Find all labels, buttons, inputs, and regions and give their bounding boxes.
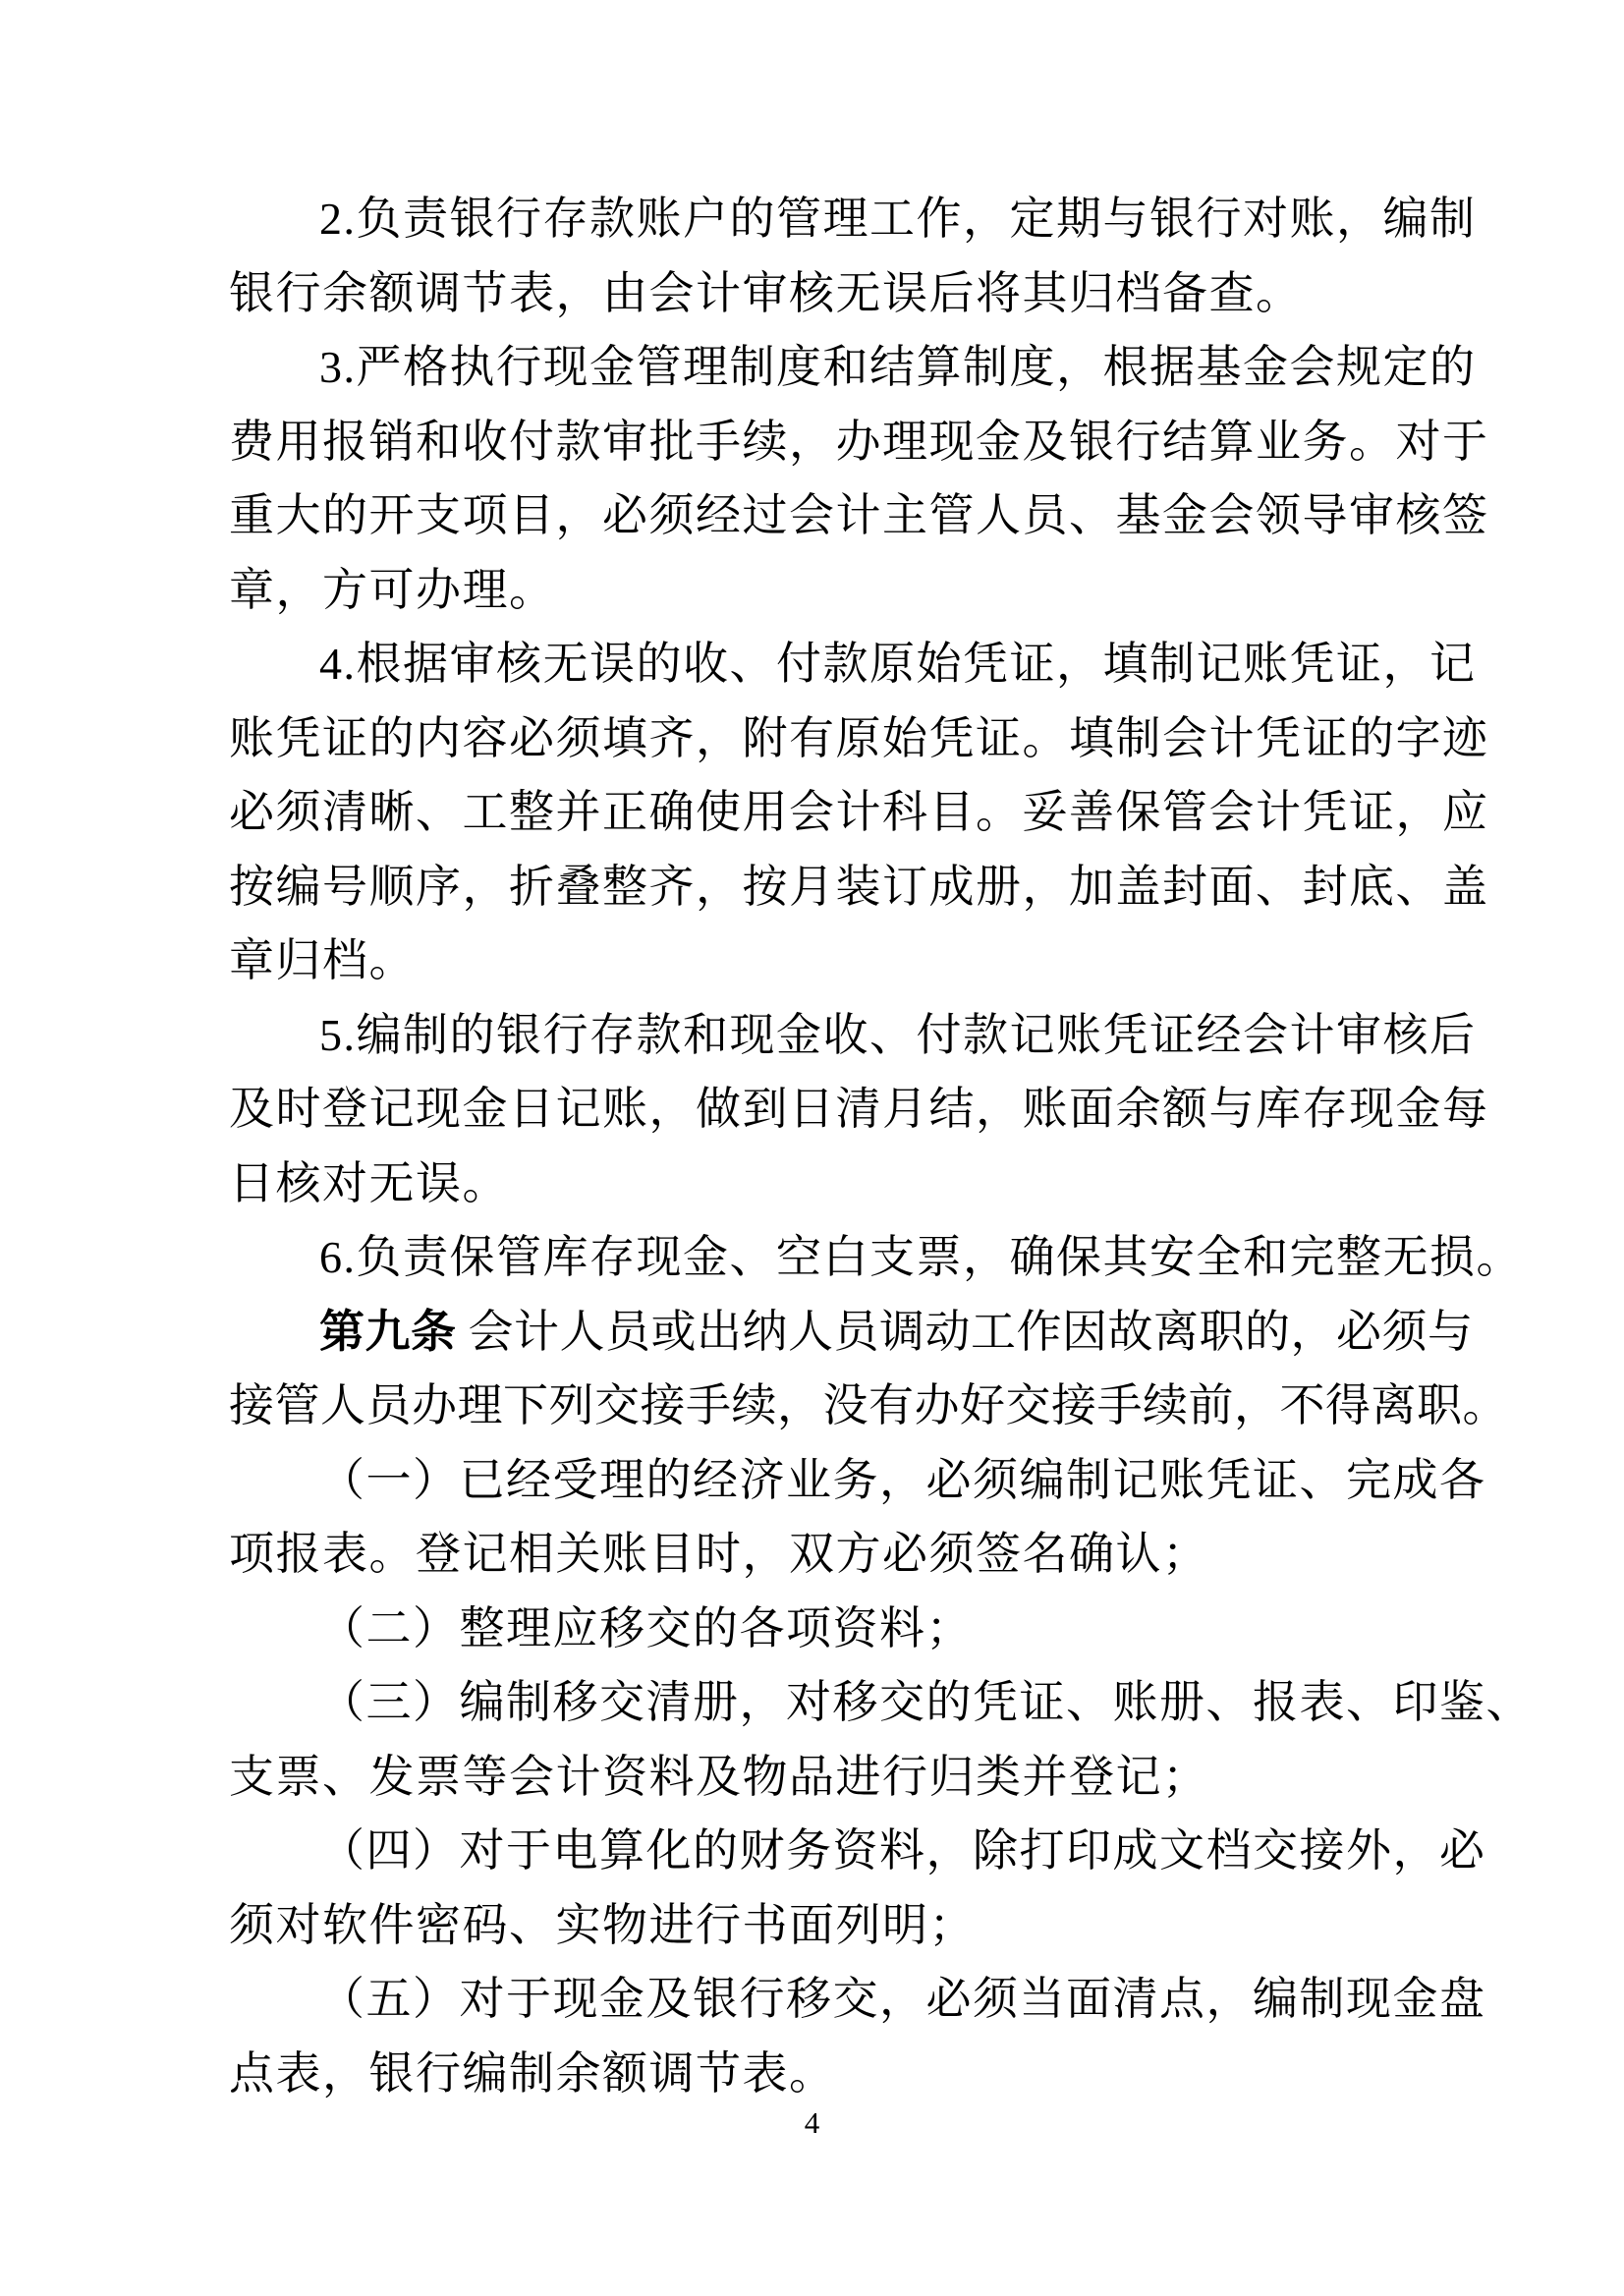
text-line: （一）已经受理的经济业务，必须编制记账凭证、完成各	[229, 1443, 1437, 1518]
text-line: （三）编制移交清册，对移交的凭证、账册、报表、印鉴、	[229, 1665, 1437, 1740]
text-line: 6.负责保管库存现金、空白支票，确保其安全和完整无损。	[229, 1220, 1437, 1295]
text-line: 2.负责银行存款账户的管理工作，定期与银行对账，编制	[229, 182, 1437, 256]
text-line: 3.严格执行现金管理制度和结算制度，根据基金会规定的	[229, 330, 1437, 405]
text-line: 按编号顺序，折叠整齐，按月装订成册，加盖封面、封底、盖	[229, 850, 1437, 924]
document-page: 2.负责银行存款账户的管理工作，定期与银行对账，编制银行余额调节表，由会计审核无…	[0, 0, 1624, 2296]
text-line: 日核对无误。	[229, 1147, 1437, 1221]
text-line: （五）对于现金及银行移交，必须当面清点，编制现金盘	[229, 1962, 1437, 2037]
article-number: 第九条	[319, 1307, 457, 1357]
text-line: 重大的开支项目，必须经过会计主管人员、基金会领导审核签	[229, 478, 1437, 553]
text-line: 第九条 会计人员或出纳人员调动工作因故离职的，必须与	[229, 1295, 1437, 1370]
text-line: 5.编制的银行存款和现金收、付款记账凭证经会计审核后	[229, 998, 1437, 1073]
text-line: 须对软件密码、实物进行书面列明；	[229, 1888, 1437, 1963]
text-line: 章，方可办理。	[229, 553, 1437, 628]
text-line: 支票、发票等会计资料及物品进行归类并登记；	[229, 1740, 1437, 1815]
text-line: 费用报销和收付款审批手续，办理现金及银行结算业务。对于	[229, 405, 1437, 479]
text-line: 及时登记现金日记账，做到日清月结，账面余额与库存现金每	[229, 1072, 1437, 1147]
text-line: 账凭证的内容必须填齐，附有原始凭证。填制会计凭证的字迹	[229, 701, 1437, 776]
text-line: （四）对于电算化的财务资料，除打印成文档交接外，必	[229, 1814, 1437, 1888]
text-line: 项报表。登记相关账目时，双方必须签名确认；	[229, 1517, 1437, 1592]
document-body: 2.负责银行存款账户的管理工作，定期与银行对账，编制银行余额调节表，由会计审核无…	[229, 182, 1437, 2110]
text-line: 接管人员办理下列交接手续，没有办好交接手续前，不得离职。	[229, 1369, 1437, 1443]
text-line: 必须清晰、工整并正确使用会计科目。妥善保管会计凭证，应	[229, 775, 1437, 850]
text-line: 点表，银行编制余额调节表。	[229, 2037, 1437, 2111]
text-line: 4.根据审核无误的收、付款原始凭证，填制记账凭证，记	[229, 627, 1437, 701]
page-number: 4	[0, 2100, 1624, 2146]
text-line: 章归档。	[229, 924, 1437, 998]
text-line: （二）整理应移交的各项资料；	[229, 1592, 1437, 1666]
text-line: 银行余额调节表，由会计审核无误后将其归档备查。	[229, 256, 1437, 331]
